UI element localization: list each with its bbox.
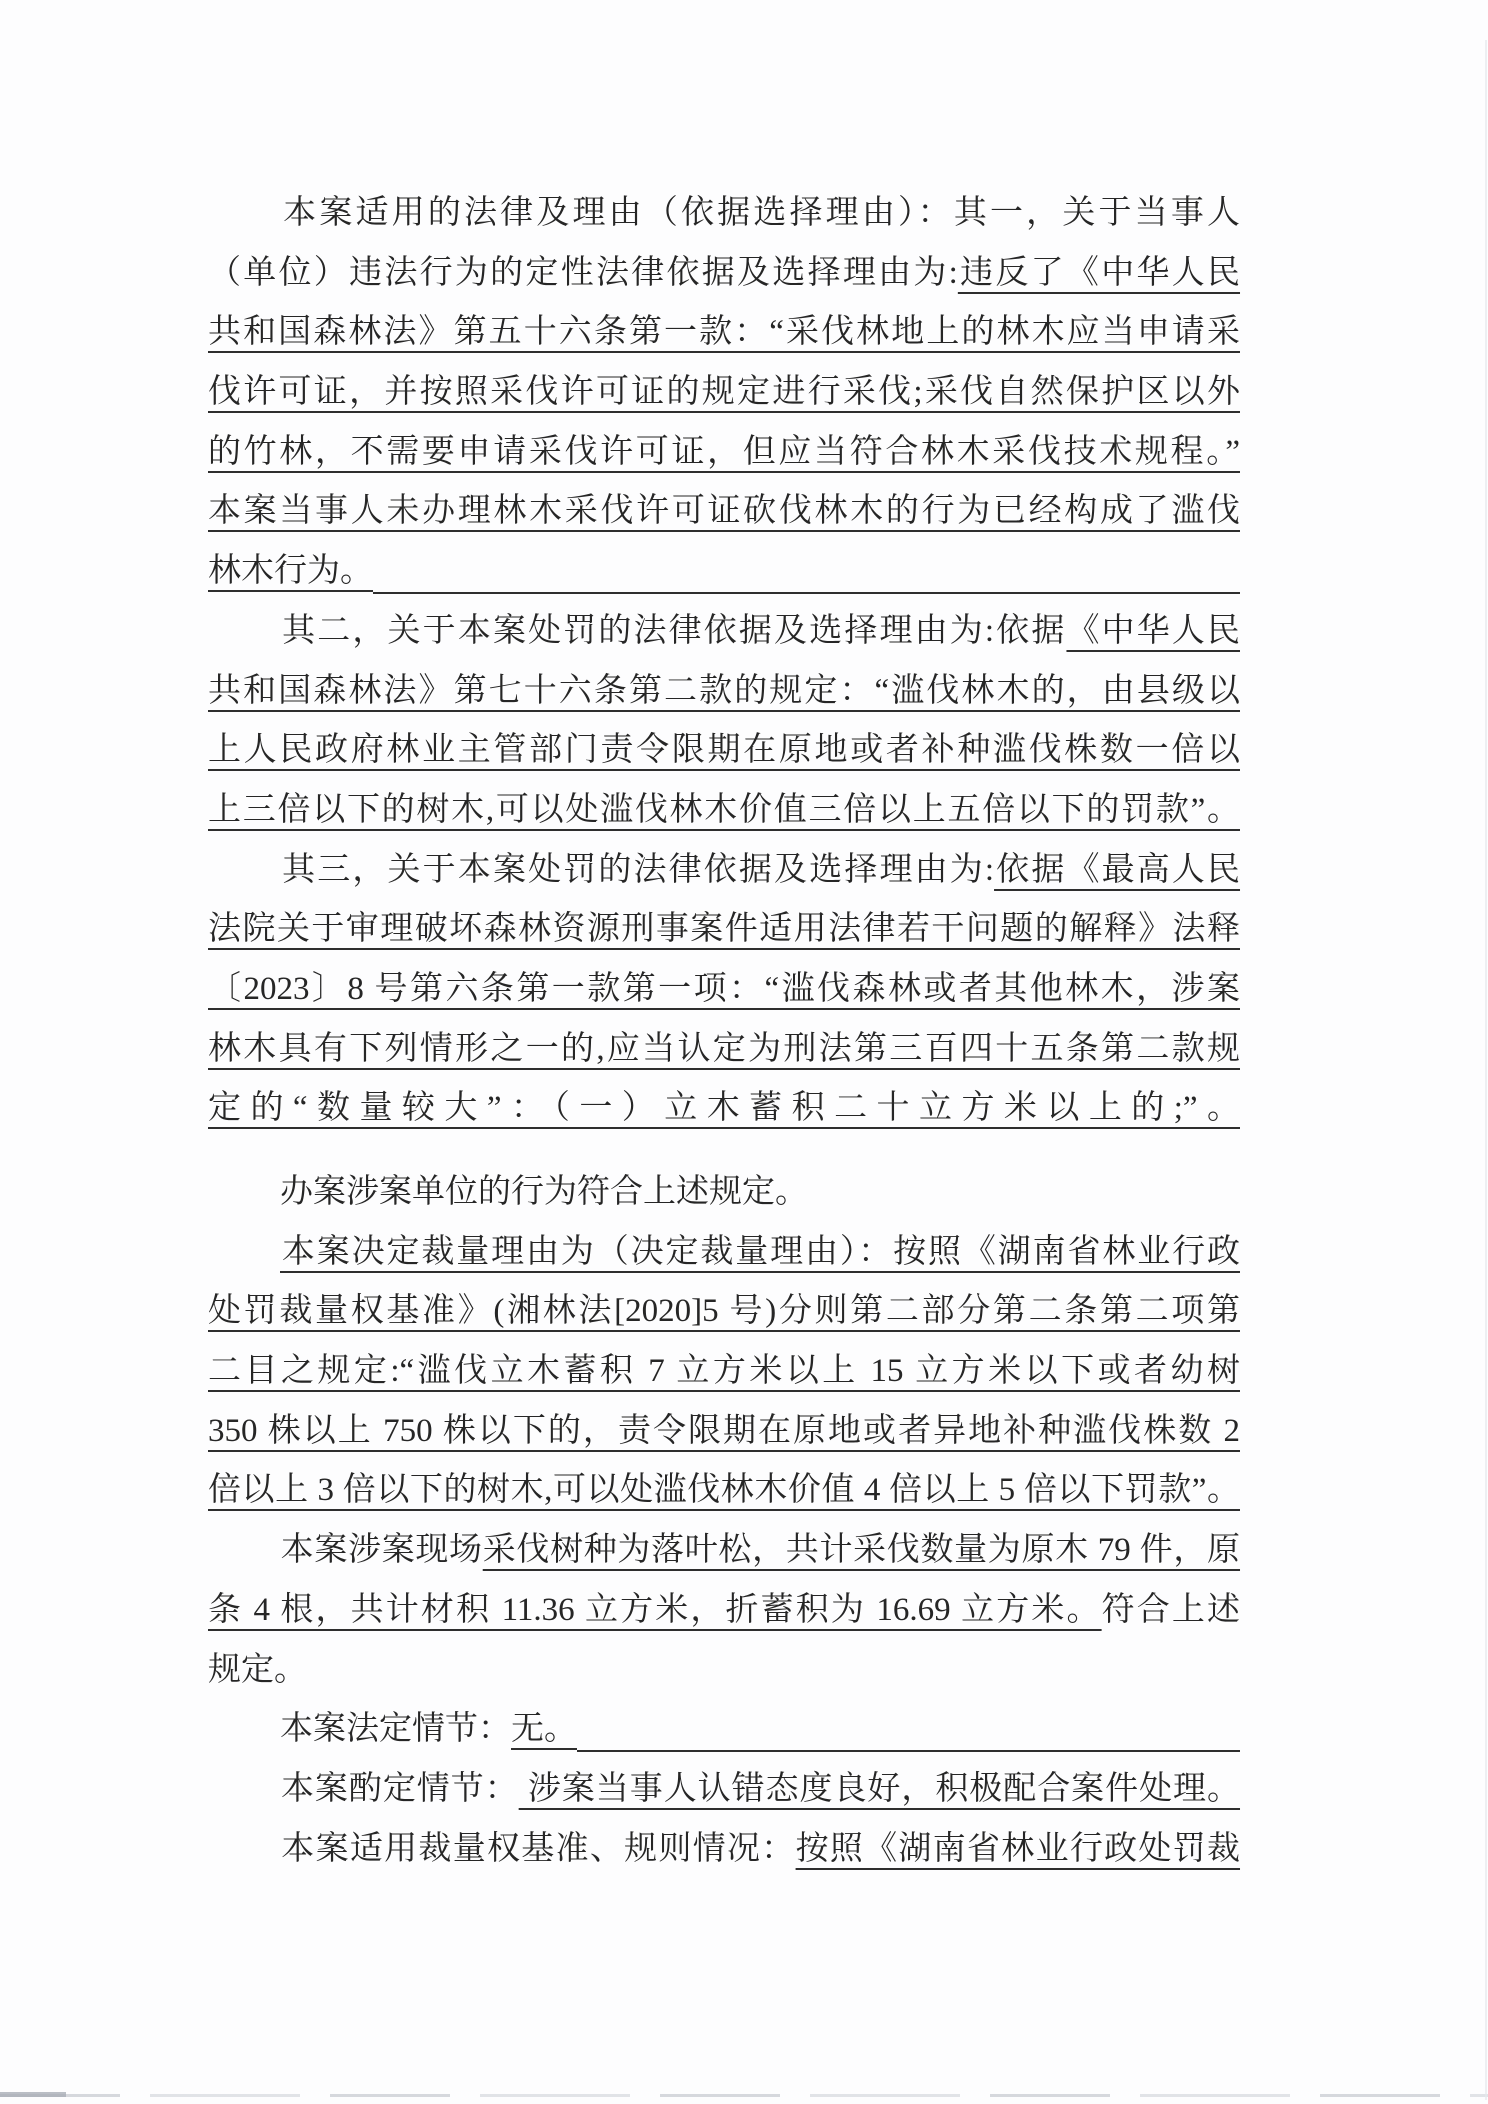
underlined-text-segment: 林木具有下列情形之一的,应当认定为刑法第三百四十五条第二款规 bbox=[208, 1031, 1240, 1067]
text-line: 350 株以上 750 株以下的，责令限期在原地或者异地补种滥伐株数 2 bbox=[208, 1402, 1240, 1462]
underlined-text-segment: 上三倍以下的树木,可以处滥伐林木价值三倍以上五倍以下的罚款”。 bbox=[208, 792, 1240, 828]
underlined-text-segment: 上人民政府林业主管部门责令限期在原地或者补种滥伐株数一倍以 bbox=[208, 732, 1240, 768]
underlined-text-segment: 定的“数量较大”：（一）立木蓄积二十立方米以上的;”。 bbox=[208, 1090, 1240, 1126]
underlined-text-segment: 采伐树种为落叶松，共计采伐数量为原木 79 件，原 bbox=[483, 1532, 1240, 1568]
underlined-text-segment: 共和国森林法》第五十六条第一款：“采伐林地上的林木应当申请采 bbox=[208, 314, 1240, 350]
underlined-text-segment: 条 4 根，共计材积 11.36 立方米，折蓄积为 16.69 立方米。 bbox=[208, 1592, 1102, 1628]
text-segment: 其二，关于本案处罚的法律依据及选择理由为:依据 bbox=[280, 613, 1066, 649]
text-line: 本案适用的法律及理由（依据选择理由）：其一，关于当事人 bbox=[208, 184, 1240, 244]
text-line: 办案涉案单位的行为符合上述规定。 bbox=[208, 1163, 1240, 1223]
text-line: 其二，关于本案处罚的法律依据及选择理由为:依据《中华人民 bbox=[208, 602, 1240, 662]
text-line: 法院关于审理破坏森林资源刑事案件适用法律若干问题的解释》法释 bbox=[208, 900, 1240, 960]
text-line: 本案当事人未办理林木采伐许可证砍伐林木的行为已经构成了滥伐 bbox=[208, 482, 1240, 542]
text-line: 伐许可证，并按照采伐许可证的规定进行采伐;采伐自然保护区以外 bbox=[208, 363, 1240, 423]
text-line: 本案适用裁量权基准、规则情况：按照《湖南省林业行政处罚裁 bbox=[208, 1820, 1240, 1880]
underlined-text-segment: 处罚裁量权基准》(湘林法[2020]5 号)分则第二部分第二条第二项第 bbox=[208, 1293, 1240, 1329]
scanned-document-page: 本案适用的法律及理由（依据选择理由）：其一，关于当事人（单位）违法行为的定性法律… bbox=[0, 0, 1488, 2104]
underlined-text-segment: 涉案当事人认错态度良好，积极配合案件处理。 bbox=[519, 1771, 1240, 1807]
text-line: （单位）违法行为的定性法律依据及选择理由为:违反了《中华人民 bbox=[208, 244, 1240, 304]
text-line: 本案决定裁量理由为（决定裁量理由）：按照《湖南省林业行政 bbox=[208, 1223, 1240, 1283]
underlined-text-segment: 无。 bbox=[511, 1700, 577, 1760]
text-line: 的竹林，不需要申请采伐许可证，但应当符合林木采伐技术规程。” bbox=[208, 423, 1240, 483]
text-line: 规定。 bbox=[208, 1641, 1240, 1701]
scanner-noise-line bbox=[0, 2094, 1488, 2097]
underlined-text-segment: 伐许可证，并按照采伐许可证的规定进行采伐;采伐自然保护区以外 bbox=[208, 374, 1240, 410]
text-segment: （单位）违法行为的定性法律依据及选择理由为: bbox=[208, 255, 958, 291]
text-segment: 本案适用的法律及理由（依据选择理由）：其一，关于当事人 bbox=[280, 195, 1240, 231]
text-line: 定的“数量较大”：（一）立木蓄积二十立方米以上的;”。 bbox=[208, 1079, 1240, 1139]
blank-underline bbox=[373, 542, 1240, 594]
text-segment: 规定。 bbox=[208, 1652, 307, 1688]
text-line: 倍以上 3 倍以下的树木,可以处滥伐林木价值 4 倍以上 5 倍以下罚款”。 bbox=[208, 1461, 1240, 1521]
text-line: 上三倍以下的树木,可以处滥伐林木价值三倍以上五倍以下的罚款”。 bbox=[208, 781, 1240, 841]
text-line: 本案法定情节： 无。 bbox=[208, 1700, 1240, 1760]
text-segment: 其三，关于本案处罚的法律依据及选择理由为: bbox=[280, 852, 994, 888]
text-line: 林木行为。 bbox=[208, 542, 1240, 602]
underlined-text-segment: 350 株以上 750 株以下的，责令限期在原地或者异地补种滥伐株数 2 bbox=[208, 1413, 1240, 1449]
underlined-text-segment: 共和国森林法》第七十六条第二款的规定：“滥伐林木的，由县级以 bbox=[208, 673, 1240, 709]
underlined-text-segment: 法院关于审理破坏森林资源刑事案件适用法律若干问题的解释》法释 bbox=[208, 911, 1240, 947]
text-line: 本案酌定情节： 涉案当事人认错态度良好，积极配合案件处理。 bbox=[208, 1760, 1240, 1820]
text-line: 本案涉案现场采伐树种为落叶松，共计采伐数量为原木 79 件，原 bbox=[208, 1521, 1240, 1581]
text-line: 共和国森林法》第七十六条第二款的规定：“滥伐林木的，由县级以 bbox=[208, 662, 1240, 722]
underlined-text-segment: 的竹林，不需要申请采伐许可证，但应当符合林木采伐技术规程。” bbox=[208, 434, 1240, 470]
text-line: 处罚裁量权基准》(湘林法[2020]5 号)分则第二部分第二条第二项第 bbox=[208, 1282, 1240, 1342]
text-line: 〔2023〕8 号第六条第一款第一项：“滥伐森林或者其他林木，涉案 bbox=[208, 960, 1240, 1020]
text-line: 其三，关于本案处罚的法律依据及选择理由为:依据《最高人民 bbox=[208, 841, 1240, 901]
underlined-text-segment: 二目之规定:“滥伐立木蓄积 7 立方米以上 15 立方米以下或者幼树 bbox=[208, 1353, 1240, 1389]
underlined-text-segment: 林木行为。 bbox=[208, 542, 373, 602]
document-text-block: 本案适用的法律及理由（依据选择理由）：其一，关于当事人（单位）违法行为的定性法律… bbox=[208, 184, 1240, 1879]
text-line: 二目之规定:“滥伐立木蓄积 7 立方米以上 15 立方米以下或者幼树 bbox=[208, 1342, 1240, 1402]
scanner-edge-artifact bbox=[1485, 40, 1487, 2100]
blank-underline bbox=[577, 1700, 1240, 1752]
text-segment: 符合上述 bbox=[1102, 1592, 1240, 1628]
underlined-text-segment: 本案决定裁量理由为（决定裁量理由）：按照《湖南省林业行政 bbox=[280, 1234, 1240, 1270]
text-segment: 本案酌定情节： bbox=[280, 1771, 519, 1807]
underlined-text-segment: 按照《湖南省林业行政处罚裁 bbox=[796, 1831, 1240, 1867]
scanner-noise-corner bbox=[0, 2092, 66, 2097]
paragraph-indent bbox=[208, 1700, 280, 1760]
text-line: 条 4 根，共计材积 11.36 立方米，折蓄积为 16.69 立方米。符合上述 bbox=[208, 1581, 1240, 1641]
underlined-text-segment: 依据《最高人民 bbox=[994, 852, 1240, 888]
text-segment: 办案涉案单位的行为符合上述规定。 bbox=[280, 1174, 808, 1210]
text-line: 共和国森林法》第五十六条第一款：“采伐林地上的林木应当申请采 bbox=[208, 303, 1240, 363]
text-line: 上人民政府林业主管部门责令限期在原地或者补种滥伐株数一倍以 bbox=[208, 721, 1240, 781]
underlined-text-segment: 本案当事人未办理林木采伐许可证砍伐林木的行为已经构成了滥伐 bbox=[208, 493, 1240, 529]
text-line: 林木具有下列情形之一的,应当认定为刑法第三百四十五条第二款规 bbox=[208, 1020, 1240, 1080]
underlined-text-segment: 《中华人民 bbox=[1066, 613, 1240, 649]
text-segment: 本案法定情节： bbox=[280, 1700, 511, 1760]
text-segment: 本案涉案现场 bbox=[280, 1532, 483, 1568]
text-segment: 本案适用裁量权基准、规则情况： bbox=[280, 1831, 796, 1867]
underlined-text-segment: 〔2023〕8 号第六条第一款第一项：“滥伐森林或者其他林木，涉案 bbox=[208, 971, 1240, 1007]
underlined-text-segment: 违反了《中华人民 bbox=[958, 255, 1240, 291]
underlined-text-segment: 倍以上 3 倍以下的树木,可以处滥伐林木价值 4 倍以上 5 倍以下罚款”。 bbox=[208, 1472, 1240, 1508]
